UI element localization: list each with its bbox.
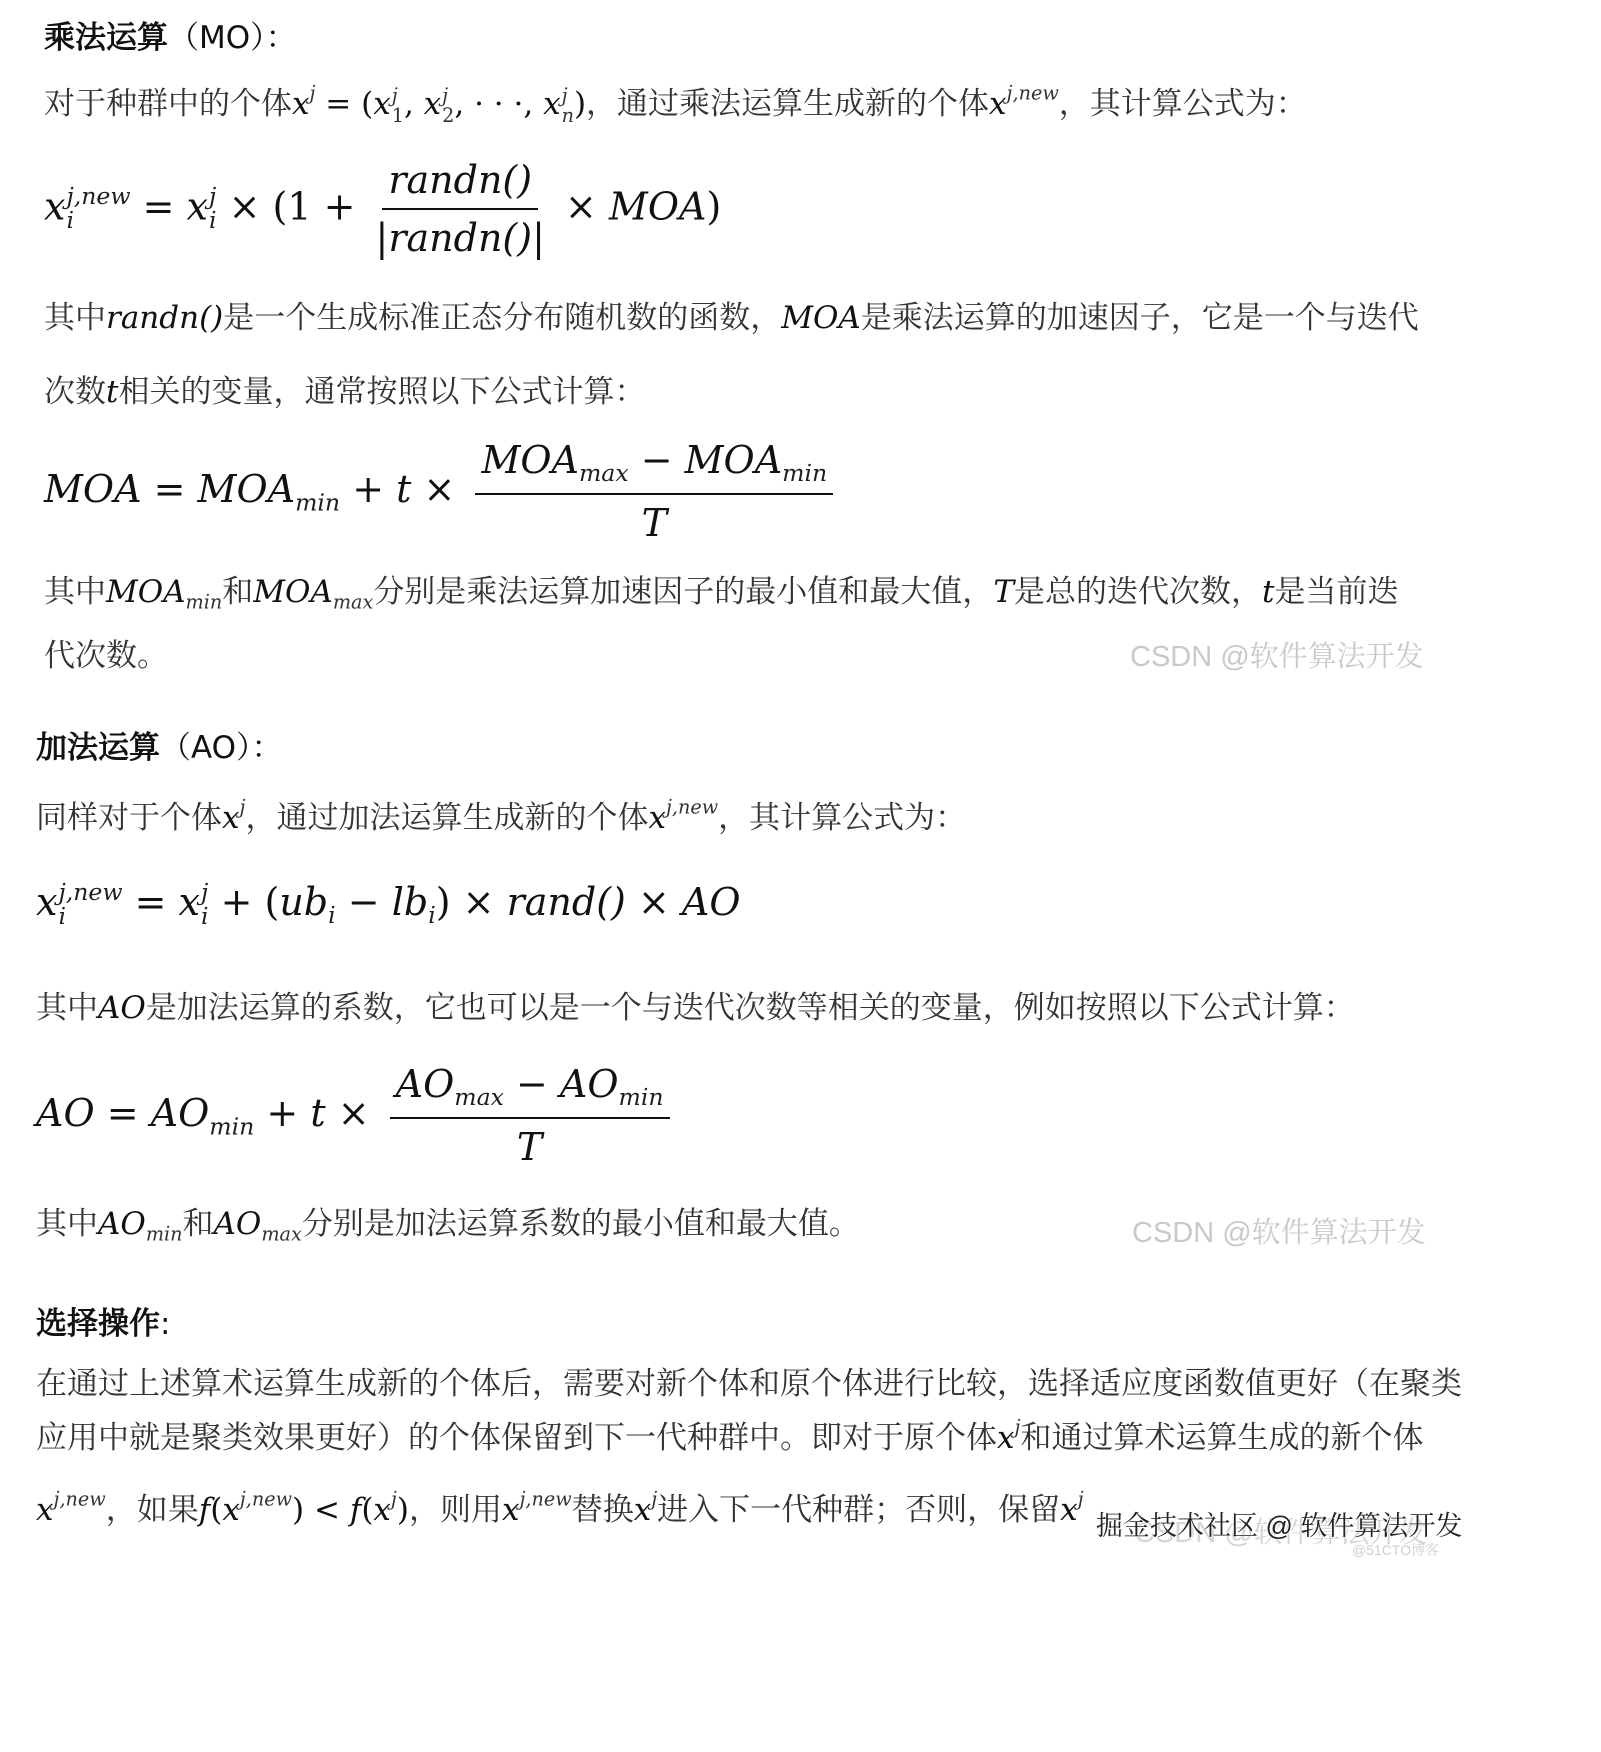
- math-op: (: [210, 1492, 222, 1528]
- ao-heading-abbr: （AO）：: [160, 730, 283, 766]
- mo-formula-moa: MOA = MOAmin + t × MOAmax − MOAmin T: [44, 438, 841, 545]
- text: ，通过加法运算生成新的个体: [245, 800, 648, 836]
- sub: 1: [392, 106, 404, 125]
- selection-line-2: 应用中就是聚类效果更好）的个体保留到下一代种群中。即对于原个体xj和通过算术运算…: [36, 1412, 1423, 1457]
- math-var: t: [106, 374, 118, 410]
- math-var: x: [36, 1492, 53, 1528]
- sup: j: [392, 86, 404, 105]
- math-func: f: [199, 1492, 210, 1528]
- text: ，其计算公式为：: [1059, 86, 1307, 122]
- text: 是总的迭代次数，: [1014, 574, 1262, 610]
- selection-line-3: xj,new，如果f(xj,new) < f(xj)，则用xj,new替换xj进…: [36, 1484, 1084, 1529]
- text: ，如果: [106, 1492, 199, 1528]
- sup: j: [442, 86, 454, 105]
- text: 应用中就是聚类效果更好）的个体保留到下一代种群中。即对于原个体: [36, 1420, 997, 1456]
- math-var: MOA: [44, 467, 142, 511]
- math-var: AO: [36, 1091, 95, 1135]
- text: 其中: [36, 1206, 98, 1242]
- text: 对于种群中的个体: [44, 86, 292, 122]
- ao-desc-2: 其中AOmin和AOmax分别是加法运算系数的最小值和最大值。: [36, 1198, 860, 1246]
- math-op: =: [143, 185, 175, 229]
- text: 和通过算术运算生成的新个体: [1020, 1420, 1423, 1456]
- math-sup: j,new: [666, 796, 718, 819]
- mo-heading: 乘法运算（MO）：: [44, 12, 297, 57]
- math-op: <: [304, 1492, 350, 1528]
- math-sub: min: [186, 591, 223, 614]
- math-sub: max: [261, 1223, 302, 1246]
- math-sup: j,new: [1007, 82, 1059, 105]
- math-dots: · · ·: [474, 86, 523, 122]
- denominator: |randn()|: [376, 210, 545, 260]
- math-op: ×: [338, 1091, 370, 1135]
- colon: :: [160, 1306, 170, 1342]
- math-var: x: [187, 185, 208, 229]
- math-sub: i: [328, 901, 336, 929]
- math-sub: min: [619, 1083, 664, 1111]
- math-func: f: [350, 1492, 361, 1528]
- ao-formula-ao: AO = AOmin + t × AOmax − AOmin T: [36, 1062, 678, 1169]
- text: 次数: [44, 374, 106, 410]
- csdn-watermark: CSDN @软件算法开发: [1132, 1210, 1426, 1251]
- mo-desc-3: 其中MOAmin和MOAmax分别是乘法运算加速因子的最小值和最大值，T是总的迭…: [44, 566, 1398, 614]
- ao-heading: 加法运算（AO）：: [36, 722, 283, 767]
- numerator: randn(): [382, 158, 538, 210]
- mo-intro: 对于种群中的个体xj = (xj1, xj2, · · ·, xjn)，通过乘法…: [44, 78, 1307, 125]
- sub: i: [66, 209, 130, 233]
- text: ，其计算公式为：: [718, 800, 966, 836]
- numerator: MOAmax − MOAmin: [475, 438, 833, 495]
- mo-heading-abbr: （MO）：: [168, 20, 297, 56]
- math-sub: i: [428, 901, 436, 929]
- selection-line-1: 在通过上述算术运算生成新的个体后，需要对新个体和原个体进行比较，选择适应度函数值…: [36, 1358, 1462, 1403]
- math-op: (1 +: [273, 185, 356, 229]
- math-var: MOA: [481, 438, 579, 482]
- text: 是一个生成标准正态分布随机数的函数，: [223, 300, 781, 336]
- math-var: MOA: [198, 467, 296, 511]
- math-op: + (: [221, 880, 280, 924]
- math-var: x: [44, 185, 65, 229]
- math-op: ,: [404, 86, 424, 122]
- math-sub: min: [782, 459, 827, 487]
- math-op: −: [348, 880, 380, 924]
- math-op: ,: [454, 86, 474, 122]
- text: 相关的变量，通常按照以下公式计算：: [118, 374, 645, 410]
- text: 是当前迭: [1274, 574, 1398, 610]
- math-op: ×: [229, 185, 261, 229]
- math-var: AO: [98, 990, 146, 1026]
- math-op: −: [516, 1062, 548, 1106]
- math-var: x: [222, 800, 239, 836]
- math-var: x: [989, 86, 1006, 122]
- mo-desc-4: 代次数。: [44, 630, 168, 675]
- text: 进入下一代种群；否则，保留: [657, 1492, 1060, 1528]
- math-op: ×: [638, 880, 670, 924]
- text: 其中: [44, 300, 106, 336]
- math-var: x: [292, 86, 309, 122]
- math-var: AO: [98, 1206, 146, 1242]
- math-sup: j,new: [519, 1488, 571, 1511]
- math-sup: j,new: [240, 1488, 292, 1511]
- math-op: +: [352, 467, 384, 511]
- math-var: t: [1262, 574, 1274, 610]
- sub: i: [209, 209, 217, 233]
- sub: n: [562, 106, 574, 125]
- math-supsub: ji: [209, 185, 217, 232]
- math-sup: j: [1078, 1488, 1084, 1511]
- math-op: ,: [523, 86, 543, 122]
- math-supsub: j,newi: [58, 881, 122, 928]
- mo-formula-update: xj,newi = xji × (1 + randn()|randn()| × …: [44, 158, 721, 260]
- math-var: x: [648, 800, 665, 836]
- juejin-watermark: 掘金技术社区 @ 软件算法开发: [1096, 1504, 1462, 1543]
- csdn-watermark: CSDN @软件算法开发: [1130, 634, 1424, 675]
- math-var: t: [396, 467, 411, 511]
- math-op: =: [107, 1091, 139, 1135]
- text: 其中: [36, 990, 98, 1026]
- math-var: x: [373, 1492, 390, 1528]
- math-op: +: [266, 1091, 298, 1135]
- math-sub: min: [295, 488, 340, 516]
- math-supsub: j2: [442, 86, 454, 124]
- mo-heading-text: 乘法运算: [44, 20, 168, 56]
- sup: j,new: [66, 185, 130, 209]
- math-supsub: ji: [201, 881, 209, 928]
- math-var: AO: [151, 1091, 210, 1135]
- math-op: ): [706, 185, 721, 229]
- denominator: T: [642, 495, 667, 545]
- math-var: AO: [214, 1206, 262, 1242]
- math-var: x: [36, 880, 57, 924]
- math-supsub: jn: [562, 86, 574, 124]
- math-op: =: [154, 467, 186, 511]
- text: ，通过乘法运算生成新的个体: [586, 86, 989, 122]
- ao-intro: 同样对于个体xj，通过加法运算生成新的个体xj,new，其计算公式为：: [36, 792, 966, 837]
- math-op: (: [361, 1492, 373, 1528]
- 51cto-watermark: @51CTO博客: [1352, 1540, 1439, 1560]
- text: ，则用: [409, 1492, 502, 1528]
- math-op: ×: [463, 880, 495, 924]
- math-var: x: [179, 880, 200, 924]
- math-var: lb: [392, 880, 428, 924]
- math-var: T: [993, 574, 1014, 610]
- text: 和: [183, 1206, 214, 1242]
- text: 是乘法运算的加速因子，它是一个与迭代: [861, 300, 1419, 336]
- denominator: T: [517, 1119, 542, 1169]
- mo-desc-1: 其中randn()是一个生成标准正态分布随机数的函数，MOA是乘法运算的加速因子…: [44, 292, 1419, 337]
- sub: i: [58, 905, 122, 929]
- text: 同样对于个体: [36, 800, 222, 836]
- math-supsub: j,newi: [66, 185, 130, 232]
- math-var: rand(): [507, 880, 626, 924]
- math-var: AO: [560, 1062, 619, 1106]
- sub: 2: [442, 106, 454, 125]
- math-var: MOA: [253, 574, 333, 610]
- ao-heading-text: 加法运算: [36, 730, 160, 766]
- math-op: = (: [315, 86, 373, 122]
- math-var: x: [373, 86, 390, 122]
- math-sub: max: [579, 459, 629, 487]
- math-var: t: [310, 1091, 325, 1135]
- math-var: MOA: [685, 438, 783, 482]
- math-sub: min: [146, 1223, 183, 1246]
- math-var: x: [543, 86, 560, 122]
- selection-heading-text: 选择操作: [36, 1306, 160, 1342]
- math-fraction: MOAmax − MOAmin T: [475, 438, 833, 545]
- mo-desc-2: 次数t相关的变量，通常按照以下公式计算：: [44, 366, 645, 411]
- text: 和: [222, 574, 253, 610]
- text: 替换: [572, 1492, 634, 1528]
- text: 分别是乘法运算加速因子的最小值和最大值，: [373, 574, 993, 610]
- math-sup: j,new: [53, 1488, 105, 1511]
- math-var: randn(): [106, 300, 223, 336]
- math-var: x: [1060, 1492, 1077, 1528]
- math-op: ): [397, 1492, 409, 1528]
- math-op: −: [641, 438, 673, 482]
- ao-desc-1: 其中AO是加法运算的系数，它也可以是一个与迭代次数等相关的变量，例如按照以下公式…: [36, 982, 1355, 1027]
- math-var: x: [502, 1492, 519, 1528]
- math-op: =: [135, 880, 167, 924]
- math-var: x: [634, 1492, 651, 1528]
- math-op: ×: [424, 467, 456, 511]
- math-op: ): [436, 880, 451, 924]
- math-fraction: AOmax − AOmin T: [390, 1062, 670, 1169]
- math-op: ×: [565, 185, 597, 229]
- math-var: x: [424, 86, 441, 122]
- math-var: AO: [396, 1062, 455, 1106]
- math-var: MOA: [609, 185, 707, 229]
- math-op: ): [574, 86, 586, 122]
- math-var: AO: [682, 880, 741, 924]
- text: 其中: [44, 574, 106, 610]
- selection-heading: 选择操作:: [36, 1298, 170, 1343]
- math-sub: min: [209, 1112, 254, 1140]
- sub: i: [201, 905, 209, 929]
- text: 是加法运算的系数，它也可以是一个与迭代次数等相关的变量，例如按照以下公式计算：: [146, 990, 1355, 1026]
- math-sub: max: [333, 591, 374, 614]
- sup: j,new: [58, 881, 122, 905]
- sup: j: [201, 881, 209, 905]
- math-var: ub: [279, 880, 328, 924]
- ao-formula-update: xj,newi = xji + (ubi − lbi) × rand() × A…: [36, 880, 741, 929]
- math-fraction: randn()|randn()|: [376, 158, 545, 260]
- numerator: AOmax − AOmin: [390, 1062, 670, 1119]
- math-var: x: [997, 1420, 1014, 1456]
- math-op: ): [292, 1492, 304, 1528]
- math-var: MOA: [106, 574, 186, 610]
- text: 分别是加法运算系数的最小值和最大值。: [302, 1206, 860, 1242]
- sup: j: [562, 86, 574, 105]
- math-var: MOA: [781, 300, 861, 336]
- math-sub: max: [454, 1083, 504, 1111]
- math-supsub: j1: [392, 86, 404, 124]
- math-var: x: [222, 1492, 239, 1528]
